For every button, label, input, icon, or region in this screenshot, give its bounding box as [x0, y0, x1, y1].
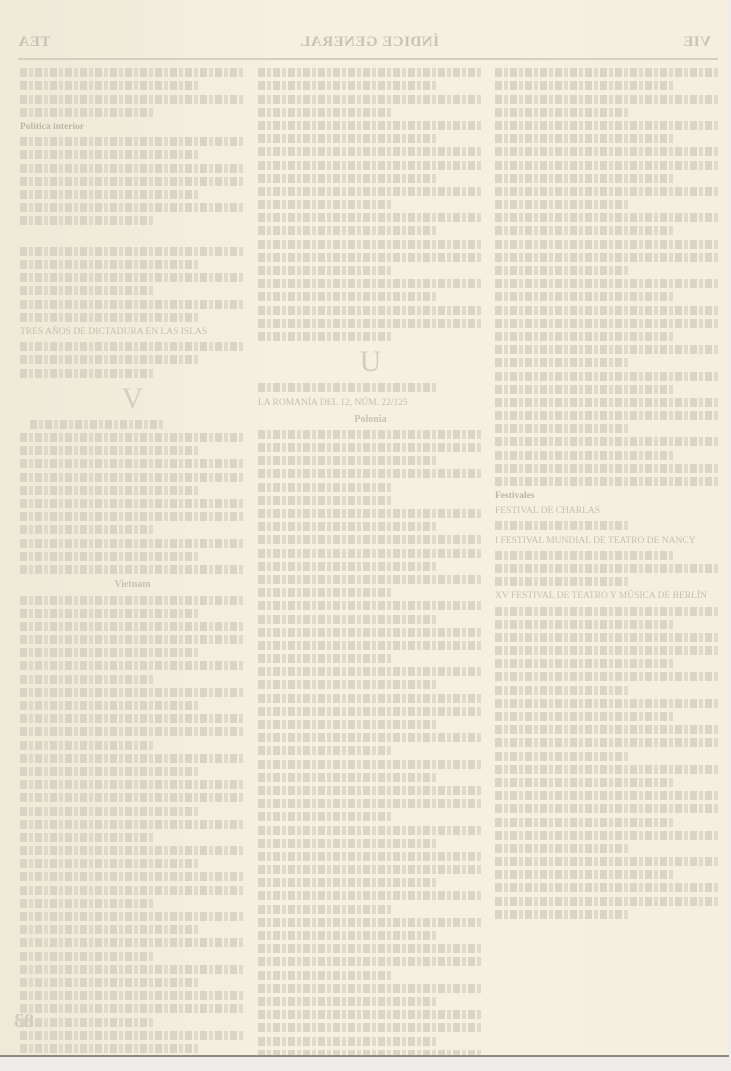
- entry-heading: Política interior: [20, 121, 245, 133]
- index-entry: XV FESTIVAL DE TEATRO Y MÚSICA DE BERLÍN: [495, 590, 720, 602]
- section-letter-u: U: [258, 345, 483, 379]
- index-column-3: Festivales FESTIVAL DE CHARLAS I FESTIVA…: [495, 64, 720, 923]
- index-entry: I FESTIVAL MUNDIAL DE TEATRO DE NANCY: [495, 535, 720, 547]
- index-column-2: U La ROMANÍA DEL 12, núm. 22/125 Polonia: [258, 64, 483, 1057]
- index-entry: FESTIVAL DE CHARLAS: [495, 505, 720, 517]
- section-subhead: Polonia: [258, 413, 483, 426]
- running-header: VIE ÍNDICE GENERAL TEA: [0, 34, 729, 54]
- entry-heading: Festivales: [495, 490, 720, 502]
- scanned-page: VIE ÍNDICE GENERAL TEA Política interior…: [0, 0, 729, 1057]
- index-column-1: Política interior TRES AÑOS DE DICTADURA…: [20, 64, 245, 1057]
- header-right: TEA: [18, 34, 50, 51]
- index-entry: La ROMANÍA DEL 12, núm. 22/125: [258, 397, 483, 409]
- header-title: ÍNDICE GENERAL: [300, 34, 439, 51]
- section-letter-v: V: [20, 382, 245, 416]
- header-left: VIE: [683, 34, 711, 51]
- section-subhead: Vietnam: [20, 578, 245, 591]
- index-entry: TRES AÑOS DE DICTADURA EN LAS ISLAS: [20, 326, 245, 338]
- page-number: 83: [14, 1010, 34, 1033]
- header-rule: [18, 58, 718, 60]
